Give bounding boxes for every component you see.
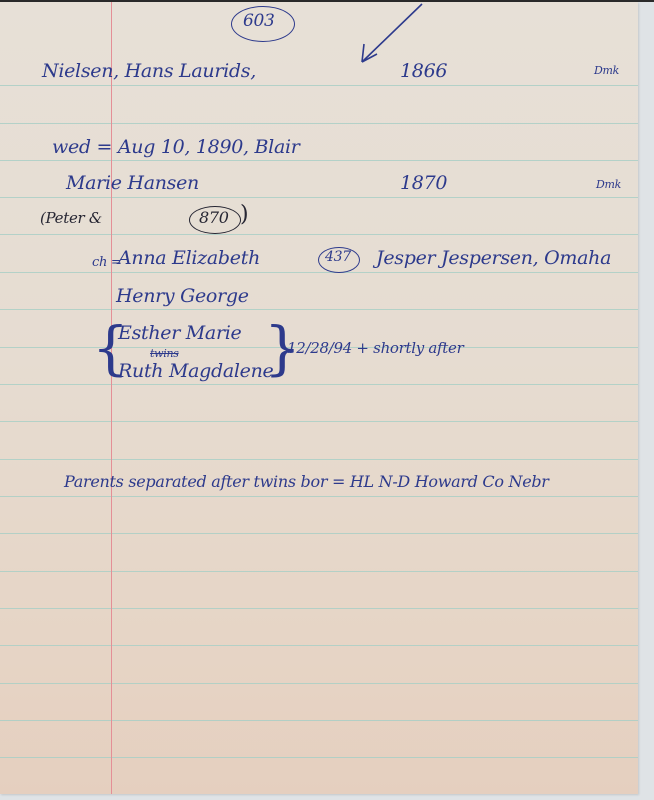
rule-line [0,645,638,646]
parents-ref-close: ) [240,202,248,227]
rule-line [0,683,638,684]
rule-line [0,571,638,572]
margin-line [111,2,112,794]
rule-line [0,384,638,385]
rule-line [0,309,638,310]
husband-birth-year: 1866 [400,60,447,82]
child-name: Henry George [116,285,249,307]
rule-line [0,608,638,609]
rule-line [0,160,638,161]
wife-name: Marie Hansen [66,172,199,194]
rule-line [0,123,638,124]
parents-ref: 870 [199,208,229,227]
rule-line [0,533,638,534]
rule-line [0,720,638,721]
rule-line [0,272,638,273]
rule-line [0,85,638,86]
husband-birthplace: Dmk [594,64,619,77]
rule-line [0,234,638,235]
rule-line [0,459,638,460]
rule-line [0,197,638,198]
child-name: Ruth Magdalene [118,360,274,382]
rule-line [0,757,638,758]
notebook-page: 603 Nielsen, Hans Laurids, 1866 Dmk wed … [0,2,638,794]
separation-note: Parents separated after twins bor = HL N… [64,472,549,491]
twins-label: twins [150,347,179,360]
rule-line [0,496,638,497]
child-name: Anna Elizabeth [118,247,260,269]
wife-birthplace: Dmk [596,178,621,191]
husband-name: Nielsen, Hans Laurids, [42,60,256,82]
marriage-info: wed = Aug 10, 1890, Blair [52,136,300,158]
child-spouse-note: Jesper Jespersen, Omaha [376,247,611,269]
twins-birth-note: 12/28/94 + shortly after [287,339,463,357]
child-ref: 437 [325,249,351,265]
wife-parents-note: (Peter & [40,209,102,227]
child-name: Esther Marie [118,322,241,344]
wife-birth-year: 1870 [400,172,447,194]
record-number: 603 [243,11,275,31]
rule-line [0,421,638,422]
